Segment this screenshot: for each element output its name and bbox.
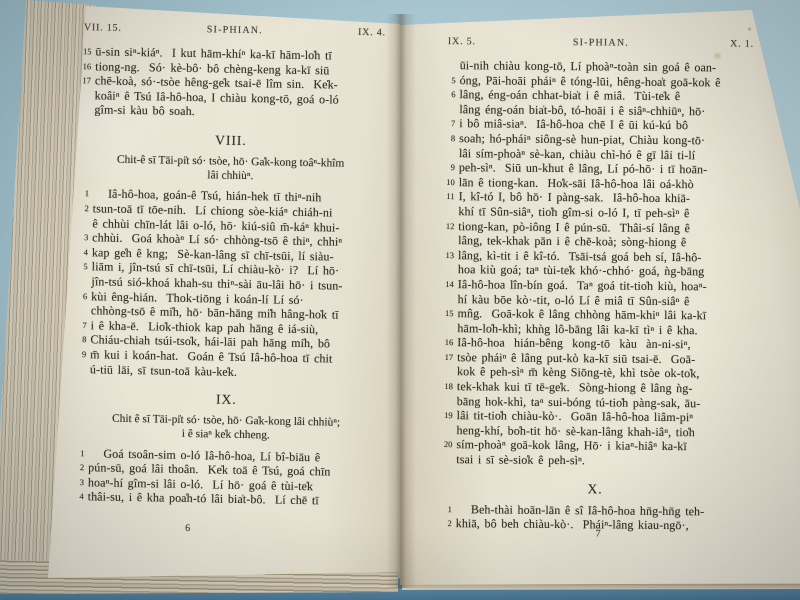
paper-stain: [747, 27, 752, 31]
verse-number: 12: [438, 219, 458, 234]
verse-number: [70, 361, 90, 376]
left-header-start-ref: VII. 15.: [84, 22, 164, 34]
verse-number: 18: [437, 379, 457, 394]
verse-text: tsai i sī sè-sio̍k ê peh-sìⁿ.: [456, 452, 585, 468]
psalm-heading: X.: [436, 480, 754, 499]
book-gutter-shadow: [386, 14, 416, 588]
verse-number: [437, 364, 457, 379]
verse-number: 6: [439, 87, 459, 102]
left-header-end-ref: IX. 4.: [306, 26, 386, 38]
verse-number: [72, 216, 92, 231]
verse-number: 17: [437, 350, 457, 365]
verse-number: 20: [436, 437, 456, 452]
verse-number: 8: [439, 131, 459, 146]
verse-number: [75, 88, 95, 103]
verse-number: [438, 262, 458, 277]
psalm-heading: VIII.: [74, 130, 388, 151]
right-page-number: 7: [596, 528, 601, 539]
verse-number: 17: [75, 73, 95, 88]
verse-number: 13: [438, 248, 458, 263]
right-page-text-blocks: ūi-nih chiàu kong-tō, Lí phoàⁿ-toàn sin …: [436, 58, 758, 534]
verse-number: 15: [438, 306, 458, 321]
verse-number: [437, 394, 457, 409]
verse-number: 15: [75, 44, 95, 59]
verse-number: 2: [436, 516, 456, 531]
verse-number: [74, 102, 94, 117]
left-page-number: 6: [185, 523, 190, 534]
verse-number: 9: [439, 160, 459, 175]
verse-number: 10: [439, 175, 459, 190]
verse-number: [436, 423, 456, 438]
verse-number: [438, 291, 458, 306]
left-page-text-blocks: 15ū-sin siⁿ-kiáⁿ. I kut hām-khíⁿ ka-kī h…: [68, 44, 390, 509]
verse-number: 1: [73, 186, 93, 201]
verse-text: khiā, bô beh chiàu-kò·. Pháiⁿ-lâng kiau-…: [456, 516, 689, 533]
right-header-start-ref: IX. 5.: [448, 36, 528, 48]
verse-number: [439, 146, 459, 161]
verse-number: [71, 274, 91, 289]
verse-number: 9: [70, 347, 90, 362]
verse-number: 11: [439, 189, 459, 204]
verse-number: 5: [440, 73, 460, 88]
verse-number: [440, 58, 460, 73]
right-header-end-ref: X. 1.: [674, 38, 754, 50]
verse-number: 16: [75, 59, 95, 74]
verse-number: [437, 321, 457, 336]
verse-number: [438, 204, 458, 219]
psalm-subtitle: Chit-ê sī Tāi-pi̍t só· tsòe, hō· Ga̍k-ko…: [73, 152, 387, 186]
verse-number: 1: [436, 502, 456, 517]
verse-number: 19: [437, 408, 457, 423]
verse-number: 1: [68, 445, 88, 460]
right-header-book-title: SI-PHIAN.: [528, 37, 674, 49]
verse-number: [438, 233, 458, 248]
psalm-heading: IX.: [69, 389, 383, 410]
verse-number: 3: [68, 475, 88, 490]
right-running-header: IX. 5. SI-PHIAN. X. 1.: [440, 36, 758, 50]
verse-number: [436, 452, 456, 467]
verse-number: [439, 102, 459, 117]
verse-text: ú-tiū lāi, sī tsun-toā kàu-ke̍k.: [90, 362, 237, 379]
verse-number: 2: [68, 460, 88, 475]
verse-number: [71, 303, 91, 318]
verse-number: 5: [72, 259, 92, 274]
verse-number: 14: [438, 277, 458, 292]
verse-number: 2: [73, 201, 93, 216]
left-header-book-title: SI-PHIAN.: [164, 24, 306, 37]
verse-text: gîm-si kàu bô soah.: [94, 103, 195, 119]
verse-number: 16: [437, 335, 457, 350]
right-page-content: IX. 5. SI-PHIAN. X. 1. ūi-nih chiàu kong…: [436, 36, 758, 534]
left-page-content: VII. 15. SI-PHIAN. IX. 4. 15ū-sin siⁿ-ki…: [68, 22, 390, 509]
verse-number: 8: [70, 332, 90, 347]
verse-number: 7: [439, 116, 459, 131]
verse-number: 4: [68, 489, 88, 504]
verse-number: 3: [72, 230, 92, 245]
book-photograph: VII. 15. SI-PHIAN. IX. 4. 15ū-sin siⁿ-ki…: [0, 0, 800, 600]
psalm-subtitle: Chit ê sī Tāi-pi̍t só· tsòe, hō· Ga̍k-ko…: [69, 411, 383, 445]
verse-number: 7: [71, 318, 91, 333]
verse-number: 6: [71, 288, 91, 303]
verse-number: 4: [72, 245, 92, 260]
verse-line: tsai i sī sè-sio̍k ê peh-sìⁿ.: [436, 452, 754, 469]
